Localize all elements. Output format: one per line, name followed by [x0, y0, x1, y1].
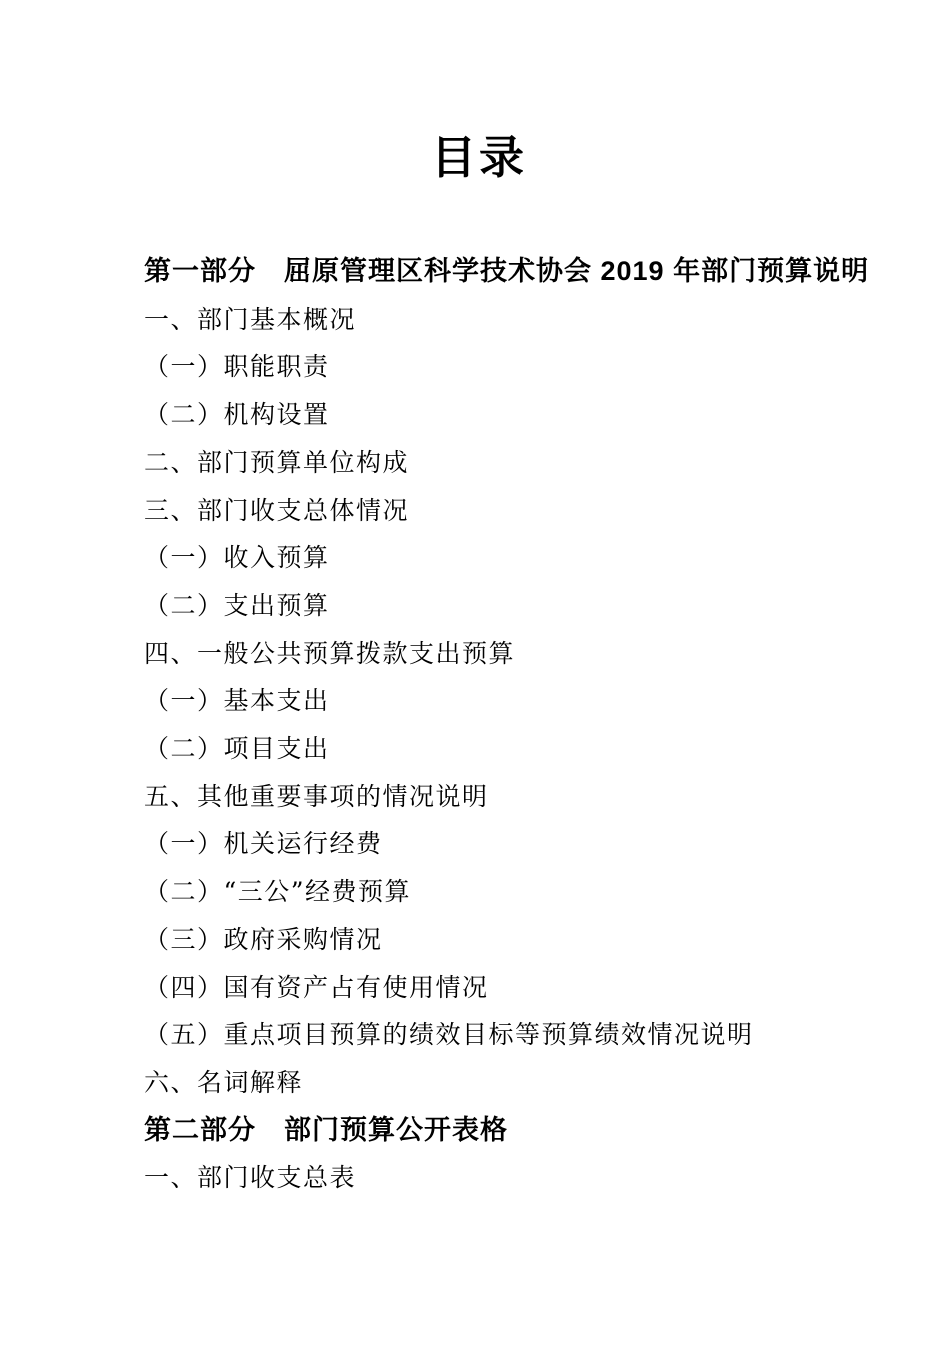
toc-item: （二）“三公”经费预算	[144, 868, 814, 916]
toc-item: （二）支出预算	[144, 582, 814, 630]
document-page: 目录 第一部分 屈原管理区科学技术协会 2019 年部门预算说明 一、部门基本概…	[0, 0, 952, 1347]
toc-item: 一、部门收支总表	[144, 1154, 814, 1202]
toc-part1-heading: 第一部分 屈原管理区科学技术协会 2019 年部门预算说明	[144, 248, 814, 296]
toc-item: （一）基本支出	[144, 677, 814, 725]
toc-item: 三、部门收支总体情况	[144, 487, 814, 535]
toc-item: （二）项目支出	[144, 725, 814, 773]
toc-item: 二、部门预算单位构成	[144, 439, 814, 487]
toc-item: （一）收入预算	[144, 534, 814, 582]
toc-item: 五、其他重要事项的情况说明	[144, 773, 814, 821]
toc-item: （五）重点项目预算的绩效目标等预算绩效情况说明	[144, 1011, 814, 1059]
toc-item: （一）机关运行经费	[144, 820, 814, 868]
toc-item: 一、部门基本概况	[144, 296, 814, 344]
toc-item: （一）职能职责	[144, 343, 814, 391]
toc-item: （三）政府采购情况	[144, 916, 814, 964]
toc-item: （二）机构设置	[144, 391, 814, 439]
table-of-contents: 第一部分 屈原管理区科学技术协会 2019 年部门预算说明 一、部门基本概况 （…	[144, 248, 814, 1202]
page-title: 目录	[144, 130, 814, 186]
toc-item: （四）国有资产占有使用情况	[144, 964, 814, 1012]
toc-item: 四、一般公共预算拨款支出预算	[144, 630, 814, 678]
toc-item: 六、名词解释	[144, 1059, 814, 1107]
toc-part2-heading: 第二部分 部门预算公开表格	[144, 1107, 814, 1155]
